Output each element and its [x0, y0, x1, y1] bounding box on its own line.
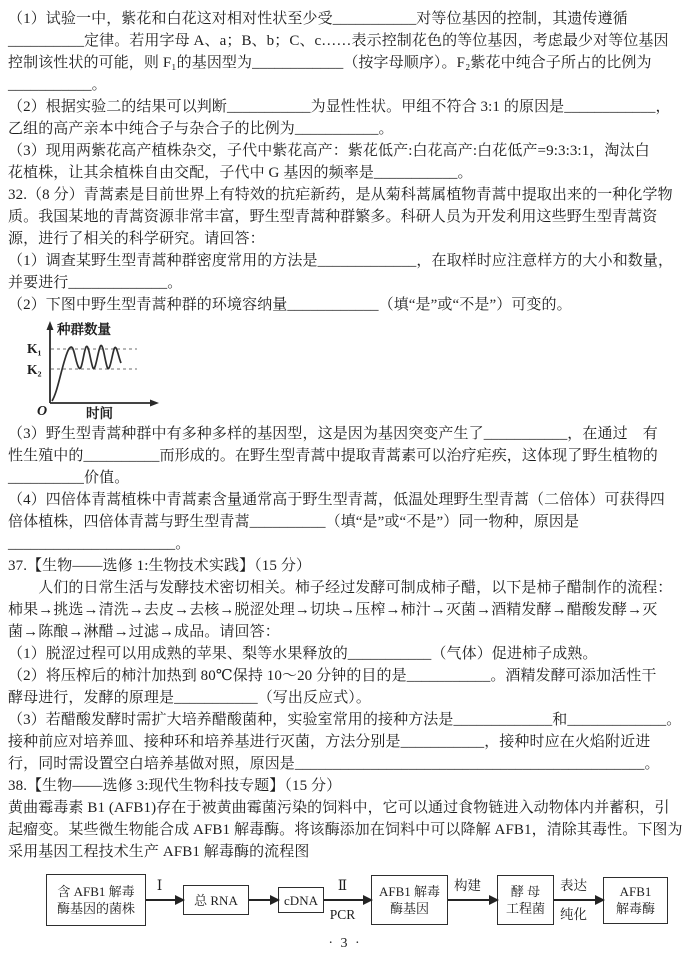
text-line: 起瘤变。某些微生物能合成 AFB1 解毒酶。将该酶添加在饲料中可以降解 AFB1…	[8, 819, 682, 841]
text-line: 菌→陈酿→淋醋→过滤→成品。请回答：	[8, 621, 682, 643]
text-line: 黄曲霉毒素 B1 (AFB1)存在于被黄曲霉菌污染的饲料中，它可以通过食物链进入…	[8, 797, 682, 819]
question-37: 37.【生物——选修 1:生物技术实践】（15 分） 人们的日常生活与发酵技术密…	[8, 555, 682, 775]
text-line: 酵母进行，发酵的原理是___________（写出反应式）。	[8, 687, 682, 709]
text-line: （3）野生型青蒿种群中有多种多样的基因型，这是因为基因突变产生了________…	[8, 423, 682, 445]
text-line: （2）根据实验二的结果可以判断___________为显性性状。甲组不符合 3:…	[8, 96, 682, 118]
graph-y-axis-label: 种群数量	[56, 321, 111, 337]
x-axis-arrow-icon	[150, 400, 159, 407]
text-line: （2）将压榨后的柿汁加热到 80℃保持 10～20 分钟的目的是________…	[8, 665, 682, 687]
q32-lines-after-graph: （3）野生型青蒿种群中有多种多样的基因型，这是因为基因突变产生了________…	[8, 423, 682, 555]
question-38: 38.【生物——选修 3:现代生物科技专题】（15 分）黄曲霉毒素 B1 (AF…	[8, 775, 682, 927]
text-line: 控制该性状的可能，则 F₁的基因型为____________（按字母顺序）。F₂…	[8, 52, 682, 74]
text-line: 质。我国某地的青蒿资源非常丰富，野生型青蒿种群繁多。科研人员为开发利用这些野生型…	[8, 206, 682, 228]
flow-arrow-5-label-below: 纯化	[554, 907, 593, 922]
text-line: __________定律。若用字母 A、a；B、b；C、c……表示控制花色的等位…	[8, 30, 682, 52]
flow-box-source-strain: 含 AFB1 解毒 酶基因的菌株	[46, 874, 146, 926]
flow-box-total-rna: 总 RNA	[183, 885, 249, 915]
right-arrow-icon	[448, 899, 497, 902]
text-line: （1）调查某野生型青蒿种群密度常用的方法是_____________，在取样时应…	[8, 250, 682, 272]
afb1-enzyme-flowchart: 含 AFB1 解毒 酶基因的菌株 Ⅰ 总 RNA cDNA Ⅱ PCR AFB1…	[46, 873, 682, 927]
text-line: （4）四倍体青蒿植株中青蒿素含量通常高于野生型青蒿，低温处理野生型青蒿（二倍体）…	[8, 489, 682, 511]
flow-arrow-1: Ⅰ	[146, 874, 183, 926]
flow-arrow-3: Ⅱ PCR	[324, 874, 371, 926]
q31-lines: （1）试验一中，紫花和白花这对相对性状至少受___________对等位基因的控…	[8, 8, 682, 184]
right-arrow-icon	[146, 899, 183, 902]
text-line: 花植株，让其余植株自由交配，子代中 G 基因的频率是___________。	[8, 162, 682, 184]
y-axis-arrow-icon	[47, 321, 54, 330]
text-line: （2）下图中野生型青蒿种群的环境容纳量____________（填“是”或“不是…	[8, 294, 682, 316]
text-line: 乙组的高产亲本中纯合子与杂合子的比例为___________。	[8, 118, 682, 140]
text-line: 并要进行_____________。	[8, 272, 682, 294]
graph-origin-label: O	[37, 404, 47, 419]
text-line: __________价值。	[8, 467, 682, 489]
text-line: ______________________。	[8, 533, 682, 555]
graph-k1-label: K₁	[27, 341, 42, 356]
text-line: 人们的日常生活与发酵技术密切相关。柿子经过发酵可制成柿子醋，以下是柿子醋制作的流…	[8, 577, 682, 599]
text-line: 采用基因工程技术生产 AFB1 解毒酶的流程图	[8, 841, 682, 863]
page-number: · 3 ·	[8, 936, 682, 952]
text-line: 37.【生物——选修 1:生物技术实践】（15 分）	[8, 555, 682, 577]
question-32: 32.（8 分）青蒿素是目前世界上有特效的抗疟新药，是从菊科蒿属植物青蒿中提取出…	[8, 184, 682, 555]
q32-lines-before-graph: 32.（8 分）青蒿素是目前世界上有特效的抗疟新药，是从菊科蒿属植物青蒿中提取出…	[8, 184, 682, 316]
flow-arrow-3-label-above: Ⅱ	[324, 878, 361, 893]
flow-arrow-3-label-below: PCR	[324, 907, 361, 922]
text-line: 柿果→挑选→清洗→去皮→去核→脱涩处理→切块→压榨→柿汁→灭菌→酒精发酵→醋酸发…	[8, 599, 682, 621]
right-arrow-icon	[324, 899, 371, 902]
graph-x-axis-label: 时间	[86, 405, 113, 420]
exam-page: （1）试验一中，紫花和白花这对相对性状至少受___________对等位基因的控…	[0, 0, 688, 962]
flow-box-afb1-enzyme: AFB1 解毒酶	[603, 877, 668, 924]
text-line: （3）现用两紫花高产植株杂交，子代中紫花高产：紫花低产:白花高产:白花低产=9:…	[8, 140, 682, 162]
text-line: 32.（8 分）青蒿素是目前世界上有特效的抗疟新药，是从菊科蒿属植物青蒿中提取出…	[8, 184, 682, 206]
flow-arrow-1-label-above: Ⅰ	[146, 878, 173, 893]
q38-lines: 38.【生物——选修 3:现代生物科技专题】（15 分）黄曲霉毒素 B1 (AF…	[8, 775, 682, 863]
text-line: 接种前应对培养皿、接种环和培养基进行灭菌，方法分别是___________，接种…	[8, 731, 682, 753]
graph-canvas: 种群数量 K₁ K₂ O 时间	[24, 319, 174, 420]
flow-arrow-5: 表达 纯化	[554, 874, 603, 926]
flow-box-afb1-gene: AFB1 解毒 酶基因	[371, 875, 448, 925]
text-line: （3）若醋酸发酵时需扩大培养醋酸菌种，实验室常用的接种方法是__________…	[8, 709, 682, 731]
right-arrow-icon	[554, 899, 603, 902]
flow-box-yeast-strain: 酵 母 工程菌	[497, 875, 554, 925]
population-curve	[52, 345, 121, 401]
text-line: 源，进行了相关的科学研究。请回答：	[8, 228, 682, 250]
question-31: （1）试验一中，紫花和白花这对相对性状至少受___________对等位基因的控…	[8, 8, 682, 184]
text-line: ___________。	[8, 74, 682, 96]
flow-arrow-4: 构建	[448, 874, 497, 926]
graph-k2-label: K₂	[27, 362, 42, 377]
right-arrow-icon	[249, 899, 278, 902]
text-line: （1）脱涩过程可以用成熟的苹果、梨等水果释放的___________（气体）促进…	[8, 643, 682, 665]
flow-arrow-4-label-above: 构建	[448, 878, 487, 893]
flow-box-cdna: cDNA	[278, 887, 324, 913]
flow-arrow-2	[249, 874, 278, 926]
text-line: 38.【生物——选修 3:现代生物科技专题】（15 分）	[8, 775, 682, 797]
flow-arrow-5-label-above: 表达	[554, 878, 593, 893]
text-line: 行，同时需设置空白培养基做对照，原因是_____________________…	[8, 753, 682, 775]
text-line: 性生殖中的__________而形成的。在野生型青蒿中提取青蒿素可以治疗疟疾，这…	[8, 445, 682, 467]
population-size-graph: 种群数量 K₁ K₂ O 时间	[24, 319, 682, 421]
text-line: （1）试验一中，紫花和白花这对相对性状至少受___________对等位基因的控…	[8, 8, 682, 30]
q37-lines: 37.【生物——选修 1:生物技术实践】（15 分） 人们的日常生活与发酵技术密…	[8, 555, 682, 775]
text-line: 倍体植株，四倍体青蒿与野生型青蒿__________（填“是”或“不是”）同一物…	[8, 511, 682, 533]
